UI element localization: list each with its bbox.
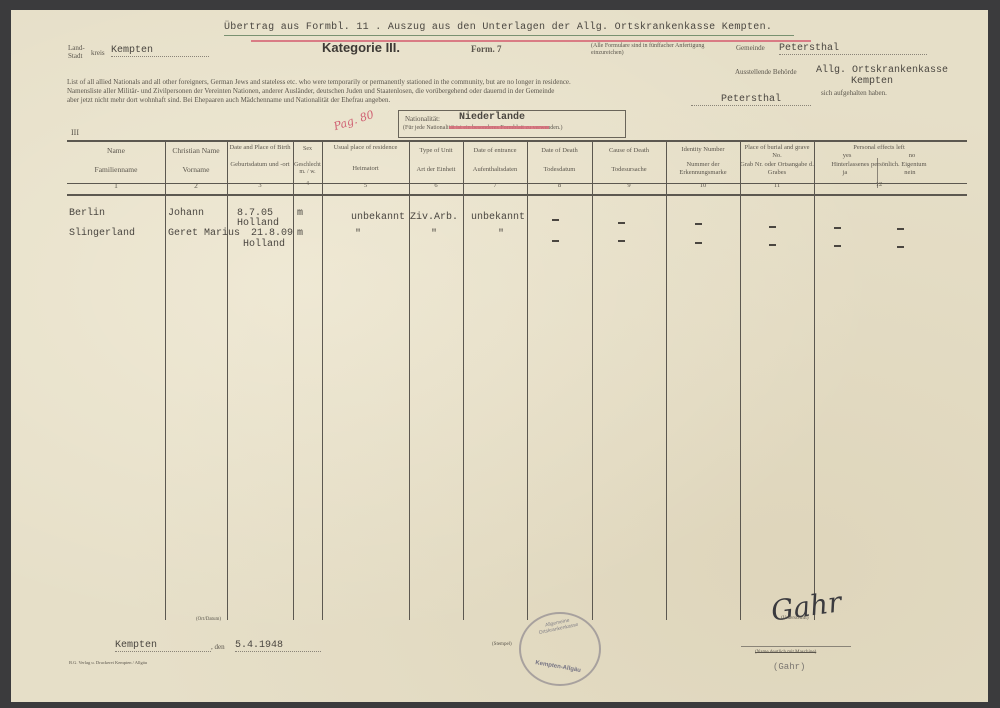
col-header-name: Name Familienname 1 — [67, 146, 165, 190]
col-header-de: Hinterlassenes persönlich. Eigentum — [814, 161, 944, 169]
col-header-de: Todesdatum — [527, 165, 592, 174]
intro-german-2: aber jetzt nicht mehr dort wohnhaft sind… — [67, 96, 390, 105]
col-header-de: Nummer der Erkennungsmarke — [666, 161, 740, 178]
col-sep-2 — [227, 140, 228, 620]
cell-unit: Ziv.Arb. — [410, 212, 458, 223]
behoerde-value-1: Allg. Ortskrankenkasse — [816, 65, 948, 76]
signature-rule — [741, 646, 851, 647]
footer-den-label: , den — [211, 643, 225, 651]
stamp-text-bottom: Kempten-Allgäu — [527, 659, 589, 676]
footer-date: 5.4.1948 — [235, 640, 321, 652]
effects-no-en: no — [909, 152, 916, 161]
col-sep-1 — [165, 140, 166, 620]
cell-effects-no-dash — [897, 246, 904, 248]
effects-sub-de: ja nein — [814, 169, 944, 178]
printer-note: B.G. Verlag u. Druckerei Kempten / Allgä… — [69, 660, 147, 665]
cell-burial-dash — [769, 244, 776, 246]
nationality-label: Nationalität: — [405, 115, 440, 123]
col-header-death-cause: Cause of Death Todesursache 9 — [592, 146, 666, 190]
form-number: Form. 7 — [471, 44, 502, 54]
col-header-num: 6 — [409, 181, 463, 190]
footer-place: Kempten — [115, 640, 211, 652]
cell-birth-place: Holland — [243, 239, 285, 250]
document-title-line: Übertrag aus Formbl. 11 . Auszug aus den… — [224, 22, 772, 33]
col-header-residence: Usual place of residence Heimatort 5 — [322, 144, 409, 190]
gemeinde-value: Petersthal — [779, 43, 927, 55]
cell-residence: unbekannt — [351, 212, 405, 223]
col-header-en: Date of Death — [527, 146, 592, 155]
signature: Gahr — [769, 585, 843, 627]
col-header-en: Date of entrance — [463, 146, 527, 155]
intro-german-end: sich aufgehalten haben. — [821, 89, 887, 97]
cell-effects-yes-dash — [834, 227, 841, 229]
col-header-en: Usual place of residence — [322, 144, 409, 161]
cell-unit-ditto: " — [431, 229, 437, 240]
col-header-de: Todesursache — [592, 165, 666, 174]
col-header-num: 10 — [666, 182, 740, 190]
effects-yes-en: yes — [843, 152, 852, 161]
col-header-en: Christian Name — [165, 146, 227, 155]
cell-birth-date: 21.8.09 — [251, 228, 293, 239]
cell-burial-dash — [769, 226, 776, 228]
cell-entrance-ditto: " — [498, 229, 504, 240]
header-bottom-rule — [67, 194, 967, 196]
cell-death-date-dash — [552, 240, 559, 242]
cell-name: Berlin — [69, 208, 105, 219]
date-label-small: (Ort/Datum) — [196, 617, 221, 622]
col-sep-4 — [322, 140, 323, 620]
red-annotation: Pag. 80 — [332, 108, 375, 133]
col-header-num: 2 — [165, 181, 227, 190]
col-sep-10 — [740, 140, 741, 620]
col-header-de: Aufenthaltsdaten — [463, 165, 527, 174]
col-header-death-date: Date of Death Todesdatum 8 — [527, 146, 592, 190]
col-header-christian-name: Christian Name Vorname 2 — [165, 146, 227, 190]
col-header-en: Cause of Death — [592, 146, 666, 155]
intro-german-1: Namensliste aller Militär- und Zivilpers… — [67, 87, 707, 96]
place-fill: Petersthal — [691, 94, 811, 106]
col-header-birth: Date and Place of Birth Geburtsdatum und… — [227, 144, 293, 190]
col-header-num: 4 — [293, 181, 322, 188]
col-header-num: 11 — [740, 182, 814, 190]
col-sep-8 — [592, 140, 593, 620]
document-page: Übertrag aus Formbl. 11 . Auszug aus den… — [11, 10, 988, 702]
official-stamp: Allgemeine Ortskrankenkasse Kempten-Allg… — [519, 612, 601, 686]
intro-english: List of all allied Nationals and all oth… — [67, 78, 747, 87]
col-sep-11 — [814, 140, 815, 620]
col-header-entrance: Date of entrance Aufenthaltsdaten 7 — [463, 146, 527, 190]
col-header-num: 5 — [322, 182, 409, 190]
signature-label: (Unterschrift) — [781, 616, 809, 621]
behoerde-label: Ausstellende Behörde — [735, 68, 797, 76]
landkreis-label: Land- Stadt — [68, 44, 85, 60]
nationality-value: Niederlande — [459, 112, 525, 123]
typed-name: (Gahr) — [773, 662, 805, 672]
col-header-num: 1 — [67, 181, 165, 190]
landkreis-suffix: kreis — [91, 49, 105, 57]
cell-cause-dash — [618, 240, 625, 242]
nationality-box: Nationalität: Niederlande (Für jede Nati… — [398, 110, 626, 138]
col-header-de: Art der Einheit — [409, 165, 463, 174]
col-header-en: Sex — [293, 146, 322, 162]
col-header-num: 3 — [227, 182, 293, 190]
col-header-num: 7 — [463, 181, 527, 190]
col-header-de: Familienname — [67, 165, 165, 174]
col-header-sex: Sex Geschlecht m. / w. 4 — [293, 146, 322, 188]
col-header-en: Date and Place of Birth — [227, 144, 293, 161]
cell-entrance: unbekannt — [471, 212, 525, 223]
col-header-en: Place of burial and grave No. — [740, 144, 814, 161]
col-header-de: Grab Nr. oder Ortsangabe d. Grabes — [740, 161, 814, 177]
cell-name: Slingerland — [69, 228, 135, 239]
form-note: (Alle Formulare sind in fünffacher Anfer… — [591, 43, 711, 57]
landkreis-value: Kempten — [111, 45, 209, 57]
cell-effects-yes-dash — [834, 245, 841, 247]
col-header-de: Vorname — [165, 165, 227, 174]
col-header-de: Heimatort — [322, 161, 409, 181]
col-header-de: Geschlecht m. / w. — [293, 162, 322, 178]
behoerde-value-2: Kempten — [851, 76, 893, 87]
col-header-num: 9 — [592, 181, 666, 190]
col-sep-9 — [666, 140, 667, 620]
col-header-en: Name — [67, 146, 165, 155]
effects-no-de: nein — [904, 169, 915, 178]
cell-death-date-dash — [552, 219, 559, 221]
cell-residence-ditto: " — [355, 229, 361, 240]
landkreis-label-bottom: Stadt — [68, 52, 85, 60]
col-header-burial: Place of burial and grave No. Grab Nr. o… — [740, 144, 814, 190]
category-heading: Kategorie III. — [322, 40, 400, 55]
side-mark: III — [71, 128, 79, 137]
cell-cause-dash — [618, 222, 625, 224]
col-header-unit: Type of Unit Art der Einheit 6 — [409, 146, 463, 190]
stamp-text-top: Allgemeine Ortskrankenkasse — [526, 614, 589, 639]
cell-id-dash — [695, 223, 702, 225]
cell-sex: m — [297, 228, 303, 239]
col-header-effects: Personal effects left yes no Hinterlasse… — [814, 144, 944, 189]
cell-sex: m — [297, 208, 303, 219]
cell-vorname: Johann — [168, 208, 204, 219]
col-header-identity: Identity Number Nummer der Erkennungsmar… — [666, 146, 740, 190]
col-header-en: Personal effects left — [814, 144, 944, 152]
col-sep-3 — [293, 140, 294, 620]
col-header-num: 12 — [814, 181, 944, 189]
title-underline — [224, 35, 794, 36]
name-label: (Name deutlich mit Maschine) — [755, 650, 816, 655]
col-header-en: Identity Number — [666, 146, 740, 161]
gemeinde-label: Gemeinde — [736, 44, 765, 52]
cell-id-dash — [695, 242, 702, 244]
col-header-en: Type of Unit — [409, 146, 463, 155]
table-top-rule — [67, 140, 967, 142]
stamp-label: (Stempel) — [492, 642, 512, 647]
col-sep-7 — [527, 140, 528, 620]
cell-vorname: Geret Marius — [168, 228, 240, 239]
col-header-de: Geburtsdatum und -ort — [227, 161, 293, 177]
col-header-num: 8 — [527, 181, 592, 190]
landkreis-label-top: Land- — [68, 44, 85, 52]
cell-effects-no-dash — [897, 228, 904, 230]
red-strike — [449, 126, 549, 129]
effects-yes-de: ja — [843, 169, 848, 178]
col-sep-6 — [463, 140, 464, 620]
effects-sub-en: yes no — [814, 152, 944, 161]
